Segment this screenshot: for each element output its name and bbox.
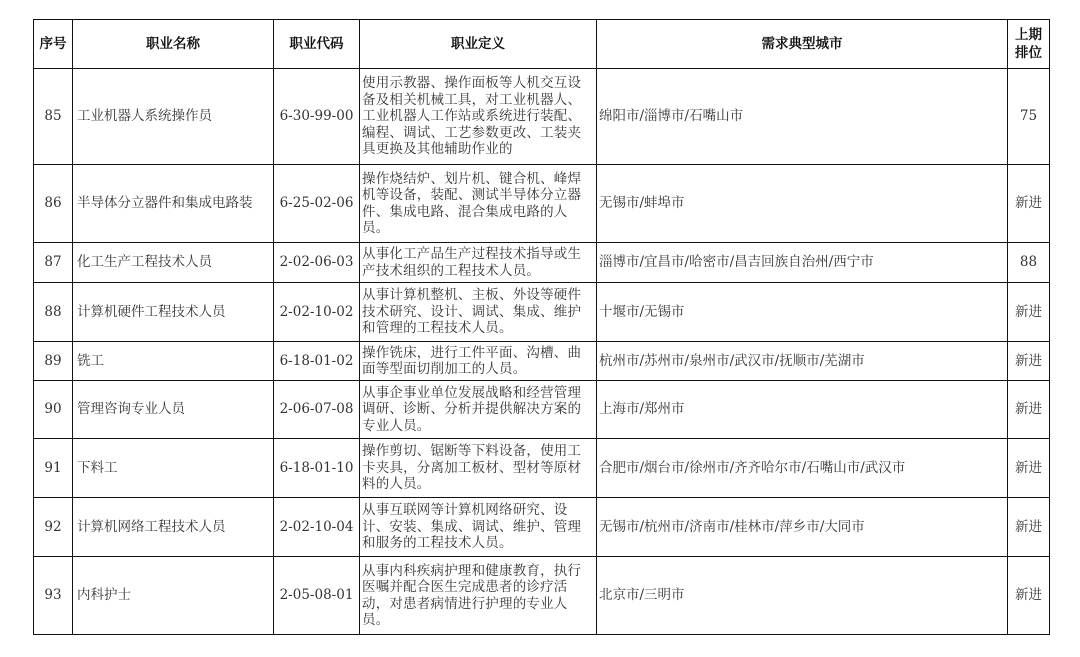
table-row: 93 内科护士 2-05-08-01 从事内科疾病护理和健康教育，执行医嘱并配合… [34,557,1050,635]
row-index: 91 [34,439,73,498]
table-row: 89 铣工 6-18-01-02 操作铣床，进行工件平面、沟槽、曲面等型面切削加… [34,342,1050,381]
occupation-definition: 从事企事业单位发展战略和经营管理调研、诊断、分析并提供解决方案的专业人员。 [360,381,597,439]
typical-cities: 杭州市/苏州市/泉州市/武汉市/抚顺市/芜湖市 [597,342,1008,381]
typical-cities: 北京市/三明市 [597,557,1008,635]
header-index: 序号 [34,20,73,69]
previous-rank: 新进 [1008,498,1050,557]
occupation-code: 2-05-08-01 [274,557,360,635]
row-index: 86 [34,165,73,243]
occupation-name: 下料工 [73,439,274,498]
table-row: 87 化工生产工程技术人员 2-02-06-03 从事化工产品生产过程技术指导或… [34,243,1050,283]
table-row: 86 半导体分立器件和集成电路装 6-25-02-06 操作烧结炉、划片机、键合… [34,165,1050,243]
previous-rank: 88 [1008,243,1050,283]
occupation-name: 计算机网络工程技术人员 [73,498,274,557]
occupation-ranking-table: 序号 职业名称 职业代码 职业定义 需求典型城市 上期 排位 85 工业机器人系… [33,19,1050,635]
table-row: 92 计算机网络工程技术人员 2-02-10-04 从事互联网等计算机网络研究、… [34,498,1050,557]
row-index: 90 [34,381,73,439]
previous-rank: 新进 [1008,381,1050,439]
header-previous-rank-line2: 排位 [1010,44,1047,62]
occupation-code: 2-06-07-08 [274,381,360,439]
occupation-code: 6-25-02-06 [274,165,360,243]
previous-rank: 新进 [1008,439,1050,498]
header-occupation-definition: 职业定义 [360,20,597,69]
table-row: 90 管理咨询专业人员 2-06-07-08 从事企事业单位发展战略和经营管理调… [34,381,1050,439]
occupation-definition: 从事计算机整机、主板、外设等硬件技术研究、设计、调试、集成、维护和管理的工程技术… [360,283,597,342]
occupation-definition: 操作剪切、锯断等下料设备，使用工卡夹具，分离加工板材、型材等原材料的人员。 [360,439,597,498]
typical-cities: 合肥市/烟台市/徐州市/齐齐哈尔市/石嘴山市/武汉市 [597,439,1008,498]
occupation-definition: 操作铣床，进行工件平面、沟槽、曲面等型面切削加工的人员。 [360,342,597,381]
typical-cities: 淄博市/宜昌市/哈密市/昌吉回族自治州/西宁市 [597,243,1008,283]
header-typical-cities: 需求典型城市 [597,20,1008,69]
previous-rank: 新进 [1008,283,1050,342]
occupation-name: 铣工 [73,342,274,381]
occupation-code: 2-02-06-03 [274,243,360,283]
typical-cities: 无锡市/蚌埠市 [597,165,1008,243]
row-index: 89 [34,342,73,381]
occupation-code: 2-02-10-02 [274,283,360,342]
previous-rank: 新进 [1008,557,1050,635]
occupation-code: 2-02-10-04 [274,498,360,557]
occupation-name: 工业机器人系统操作员 [73,69,274,165]
occupation-definition: 使用示教器、操作面板等人机交互设备及相关机械工具，对工业机器人、工业机器人工作站… [360,69,597,165]
previous-rank: 新进 [1008,165,1050,243]
occupation-code: 6-18-01-10 [274,439,360,498]
occupation-name: 半导体分立器件和集成电路装 [73,165,274,243]
header-previous-rank-line1: 上期 [1010,26,1047,44]
occupation-definition: 从事互联网等计算机网络研究、设计、安装、集成、调试、维护、管理和服务的工程技术人… [360,498,597,557]
header-occupation-name: 职业名称 [73,20,274,69]
previous-rank: 新进 [1008,342,1050,381]
header-row: 序号 职业名称 职业代码 职业定义 需求典型城市 上期 排位 [34,20,1050,69]
occupation-code: 6-30-99-00 [274,69,360,165]
typical-cities: 上海市/郑州市 [597,381,1008,439]
row-index: 92 [34,498,73,557]
table-row: 91 下料工 6-18-01-10 操作剪切、锯断等下料设备，使用工卡夹具，分离… [34,439,1050,498]
occupation-name: 化工生产工程技术人员 [73,243,274,283]
occupation-code: 6-18-01-02 [274,342,360,381]
previous-rank: 75 [1008,69,1050,165]
occupation-name: 管理咨询专业人员 [73,381,274,439]
typical-cities: 无锡市/杭州市/济南市/桂林市/萍乡市/大同市 [597,498,1008,557]
typical-cities: 绵阳市/淄博市/石嘴山市 [597,69,1008,165]
occupation-name: 计算机硬件工程技术人员 [73,283,274,342]
table-row: 88 计算机硬件工程技术人员 2-02-10-02 从事计算机整机、主板、外设等… [34,283,1050,342]
typical-cities: 十堰市/无锡市 [597,283,1008,342]
table-row: 85 工业机器人系统操作员 6-30-99-00 使用示教器、操作面板等人机交互… [34,69,1050,165]
row-index: 87 [34,243,73,283]
occupation-definition: 从事化工产品生产过程技术指导或生产技术组织的工程技术人员。 [360,243,597,283]
row-index: 93 [34,557,73,635]
row-index: 85 [34,69,73,165]
occupation-definition: 从事内科疾病护理和健康教育，执行医嘱并配合医生完成患者的诊疗活动，对患者病情进行… [360,557,597,635]
row-index: 88 [34,283,73,342]
occupation-name: 内科护士 [73,557,274,635]
header-previous-rank: 上期 排位 [1008,20,1050,69]
occupation-definition: 操作烧结炉、划片机、键合机、峰焊机等设备，装配、测试半导体分立器件、集成电路、混… [360,165,597,243]
header-occupation-code: 职业代码 [274,20,360,69]
